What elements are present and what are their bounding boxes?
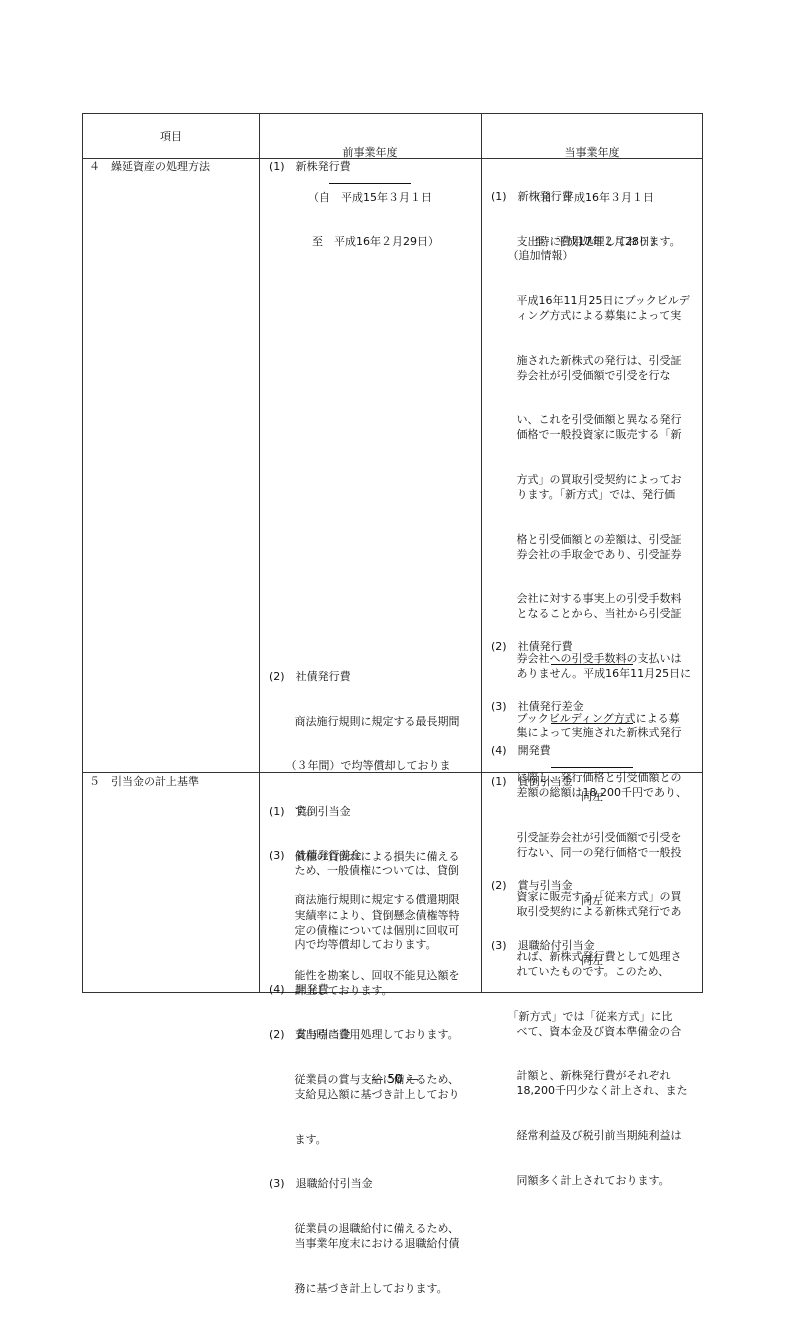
row-item-5: ５ 引当金の計上基準 xyxy=(89,775,199,790)
blank-dash xyxy=(551,664,633,665)
page-number: — 50 — xyxy=(0,1072,790,1086)
same-as-left: 同左 xyxy=(581,894,603,909)
same-as-left: 同左 xyxy=(581,790,603,805)
blank-dash xyxy=(329,183,411,184)
curr-bad-debt-allowance: (1) 貸倒引当金 xyxy=(491,775,573,790)
header-prev-from: （自 平成15年３月１日 xyxy=(259,191,481,206)
header-curr-title: 当事業年度 xyxy=(481,146,703,161)
header-prev-title: 前事業年度 xyxy=(259,146,481,161)
same-as-left: 同左 xyxy=(581,954,603,969)
blank-dash xyxy=(551,723,633,724)
curr-bond-issue-cost: (2) 社債発行費 xyxy=(491,640,573,655)
curr-retirement-allowance: (3) 退職給付引当金 xyxy=(491,939,595,954)
prev-new-share-cost: (1) 新株発行費 xyxy=(269,160,351,175)
row-item-4: ４ 繰延資産の処理方法 xyxy=(89,160,210,175)
header-prev-to: 至 平成16年２月29日） xyxy=(259,235,481,250)
curr-new-share-cost: (1) 新株発行費 支出時に費用処理しております。 （追加情報） 平成16年11… xyxy=(491,160,691,1218)
accounting-policy-table: 項目 前事業年度 （自 平成15年３月１日 至 平成16年２月29日） 当事業年… xyxy=(82,113,703,993)
prev-allowances: (1) 貸倒引当金 債権の貸倒れによる損失に備える ため、一般債権については、貸… xyxy=(269,775,460,1327)
curr-bond-discount: (3) 社債発行差金 xyxy=(491,700,584,715)
blank-dash xyxy=(551,767,633,768)
header-item: 項目 xyxy=(83,130,259,145)
curr-bonus-allowance: (2) 賞与引当金 xyxy=(491,879,573,894)
curr-development-cost: (4) 開発費 xyxy=(491,744,551,759)
header-prev-period: 前事業年度 （自 平成15年３月１日 至 平成16年２月29日） xyxy=(259,116,481,280)
